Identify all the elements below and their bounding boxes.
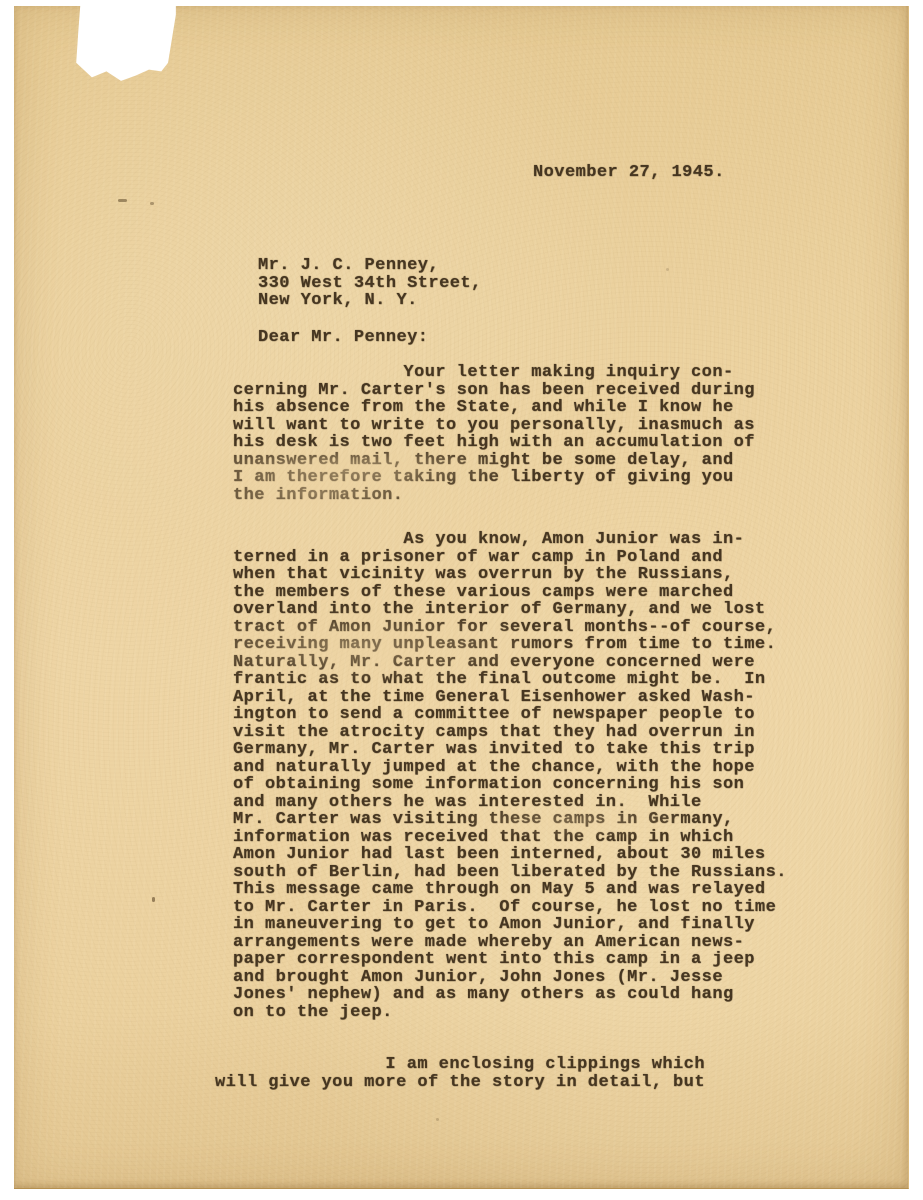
letter-paper-sheet: November 27, 1945. Mr. J. C. Penney, 330…	[14, 6, 909, 1189]
recipient-city-line: New York, N. Y.	[258, 291, 418, 310]
salutation-line: Dear Mr. Penney:	[258, 329, 428, 347]
recipient-name-line: Mr. J. C. Penney,	[258, 256, 439, 275]
recipient-street-line: 330 West 34th Street,	[258, 274, 482, 293]
body-paragraph-1: Your letter making inquiry con- cerning …	[233, 364, 755, 504]
ink-speck	[150, 202, 154, 205]
scanned-letter-image: November 27, 1945. Mr. J. C. Penney, 330…	[0, 0, 923, 1200]
recipient-address-block: Mr. J. C. Penney, 330 West 34th Street, …	[258, 257, 482, 310]
ink-speck	[152, 897, 155, 902]
ink-speck	[118, 199, 127, 202]
letter-date: November 27, 1945.	[533, 164, 725, 182]
body-paragraph-2: As you know, Amon Junior was in- terned …	[233, 531, 787, 1021]
ink-speck	[436, 1118, 439, 1121]
body-paragraph-3: I am enclosing clippings which will give…	[215, 1056, 705, 1091]
torn-corner-patch	[65, 0, 177, 86]
ink-speck	[666, 268, 669, 271]
